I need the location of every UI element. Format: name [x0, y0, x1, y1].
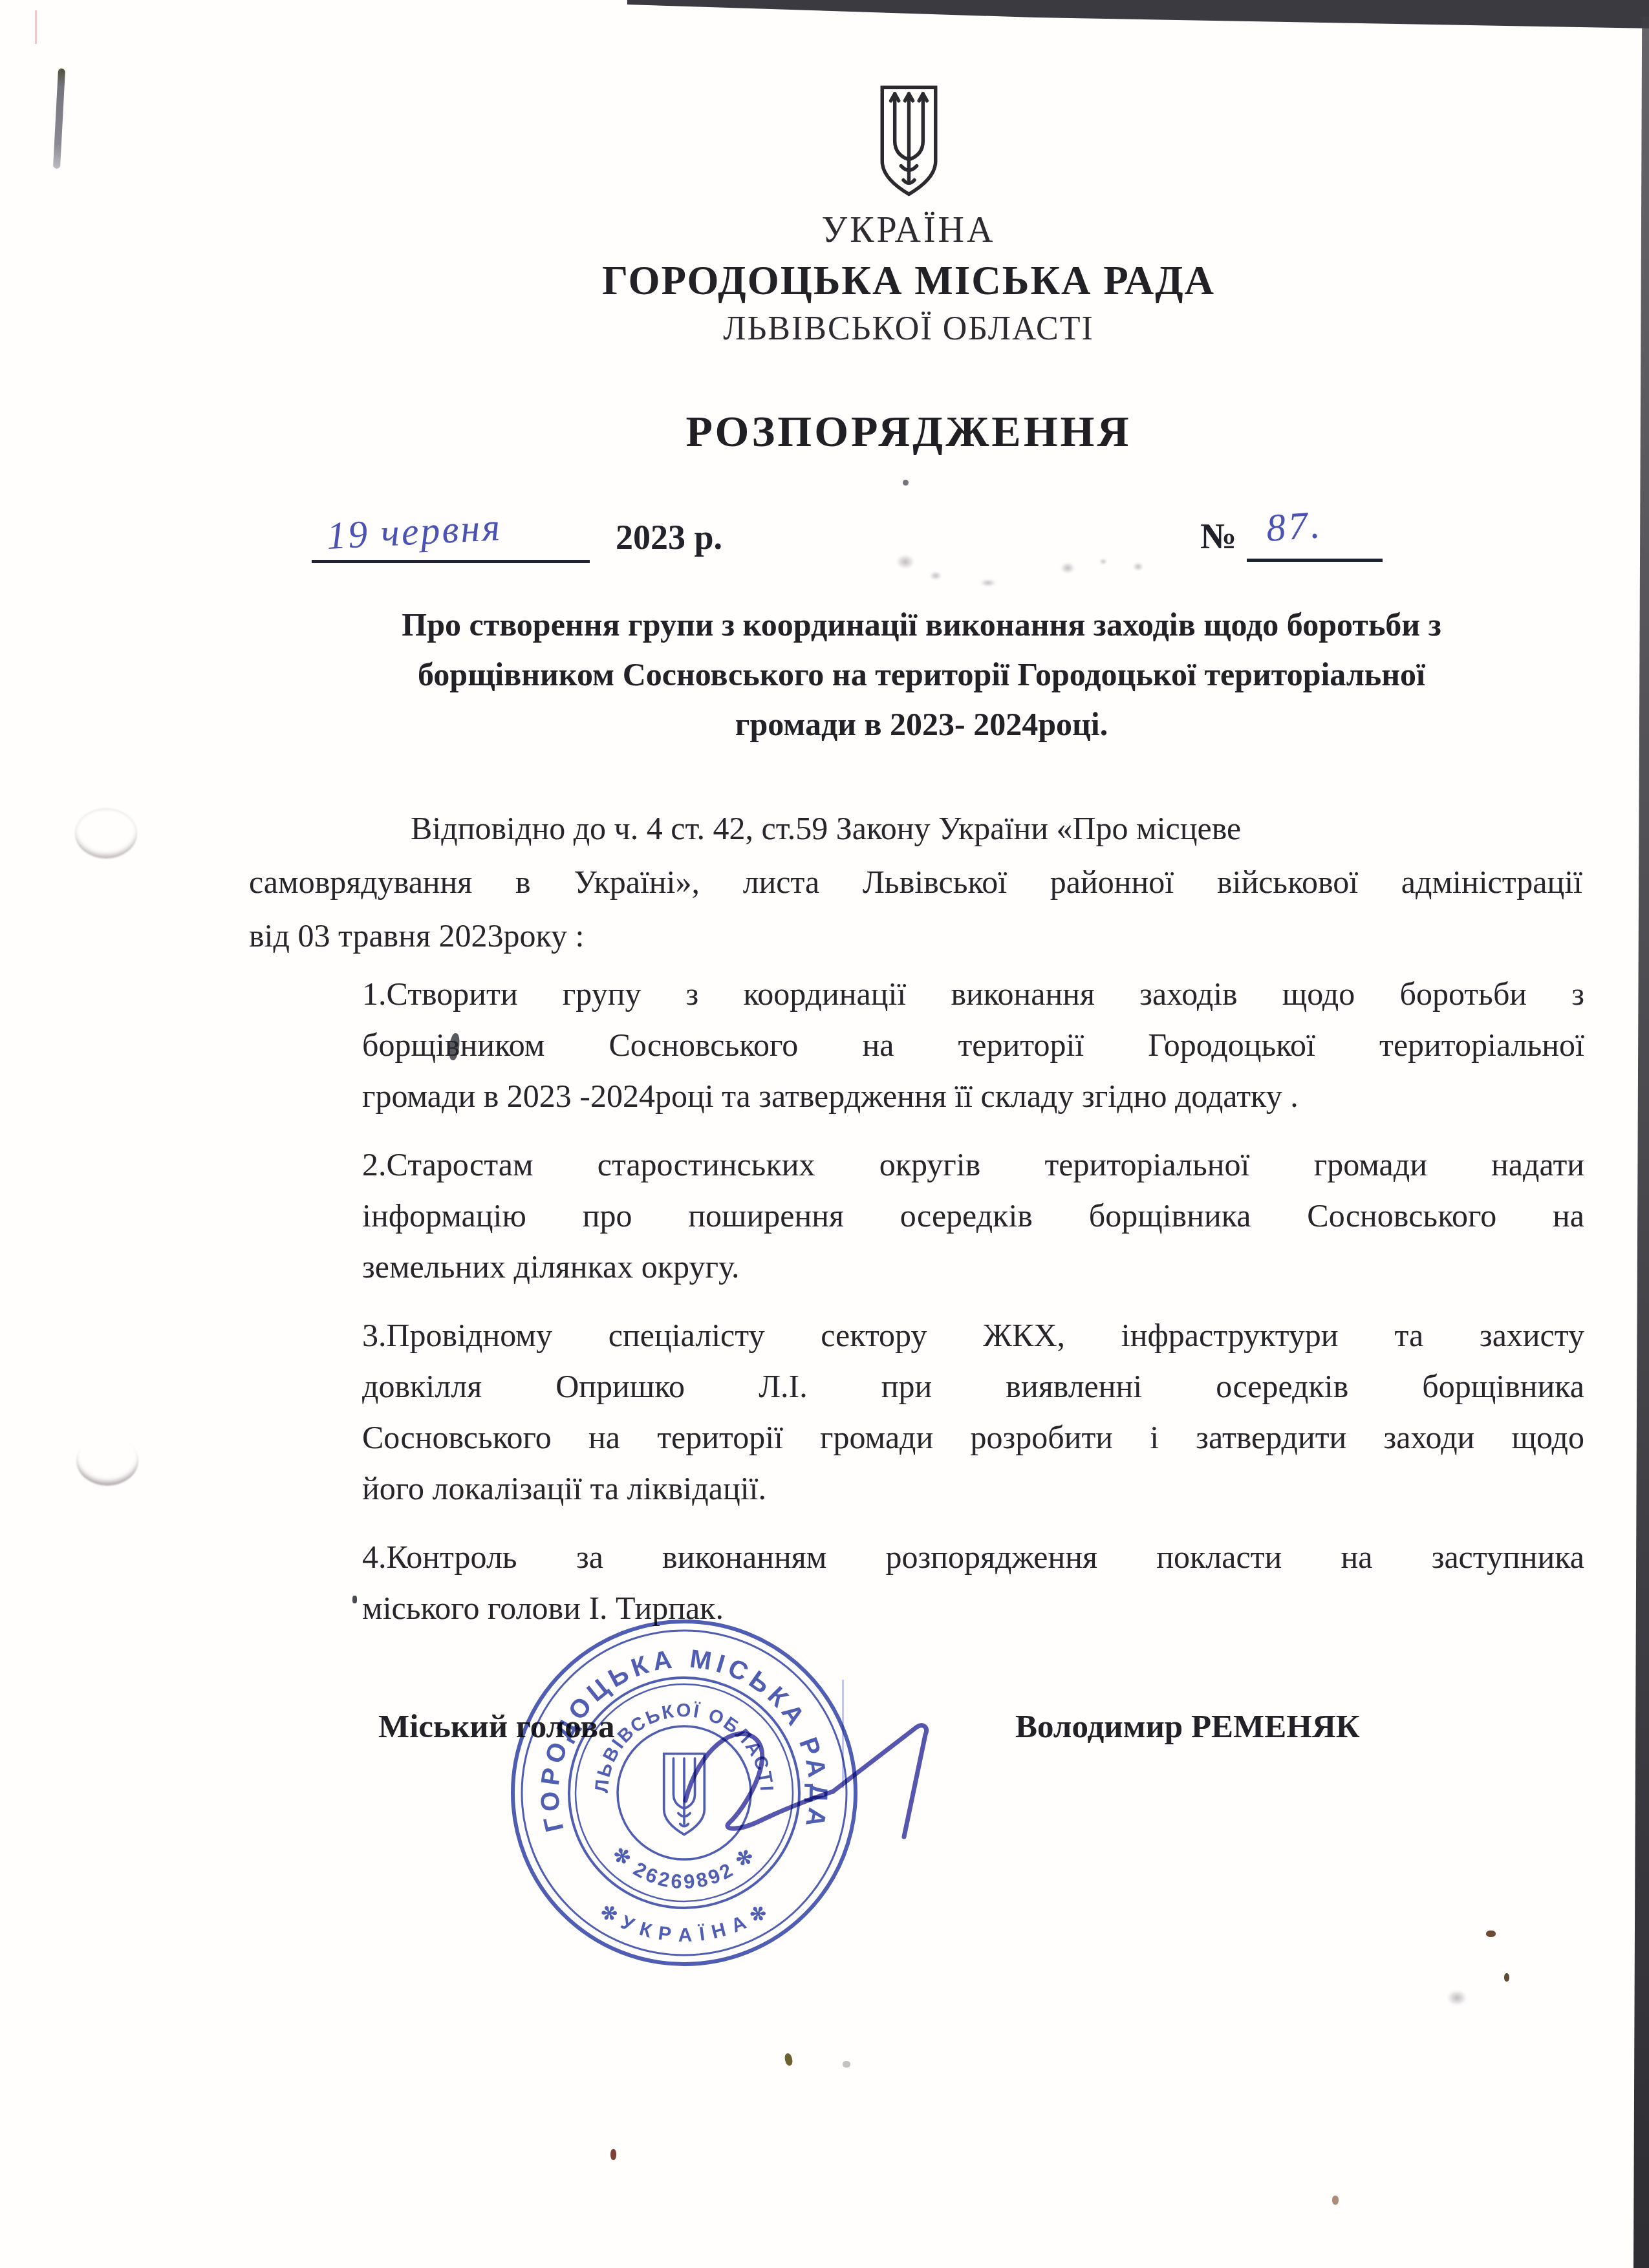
subject-paragraph: Про створення групи з координації викона…: [252, 600, 1591, 749]
scan-speck: [610, 2149, 616, 2160]
punch-hole-shadow: [75, 808, 137, 859]
handwritten-signature: [660, 1665, 957, 1859]
eraser-smudge: [930, 572, 942, 580]
scan-artifact-line: [35, 10, 37, 44]
subject-line: громади в 2023- 2024році.: [252, 700, 1591, 749]
scanner-shadow-top: [0, 0, 1649, 30]
subject-line: Про створення групи з координації викона…: [252, 600, 1591, 650]
directive-line: борщівником Сосновського на території Го…: [362, 1020, 1584, 1071]
directive-line: Сосновського на території громади розроб…: [362, 1412, 1584, 1463]
scan-speck: [1486, 1931, 1496, 1937]
scan-speck: [784, 2053, 793, 2066]
eraser-smudge: [1133, 562, 1143, 571]
scan-speck: [903, 480, 909, 486]
country-name: УКРАЇНА: [168, 209, 1649, 251]
scan-speck: [1447, 1990, 1467, 2006]
directive-line: інформацію про поширення осередків борщі…: [362, 1190, 1584, 1241]
council-name: ГОРОДОЦЬКА МІСЬКА РАДА: [168, 257, 1649, 305]
directive-item-2: 2.Старостам старостинських округів терит…: [362, 1139, 1584, 1292]
date-underline: [312, 560, 590, 563]
scan-speck: [1504, 1973, 1509, 1982]
number-sign: №: [1200, 516, 1236, 557]
eraser-smudge: [896, 555, 914, 569]
ukraine-trident-emblem: [869, 83, 949, 200]
scan-speck: [352, 1596, 357, 1603]
eraser-smudge: [1099, 559, 1107, 564]
directive-line: його локалізації та ліквідації.: [362, 1463, 1584, 1514]
directive-line: 3.Провідному спеціалісту сектору ЖКХ, ін…: [362, 1310, 1584, 1361]
eraser-smudge: [1061, 562, 1075, 573]
signer-name: Володимир РЕМЕНЯК: [1015, 1708, 1360, 1746]
scan-speck: [1332, 2196, 1339, 2205]
directive-line: 1.Створити групу з координації виконання…: [362, 968, 1584, 1020]
subject-line: борщівником Сосновського на території Го…: [252, 650, 1591, 700]
letterhead: УКРАЇНА ГОРОДОЦЬКА МІСЬКА РАДА ЛЬВІВСЬКО…: [168, 83, 1649, 348]
number-underline: [1247, 559, 1383, 562]
directive-line: 4.Контроль за виконанням розпорядження п…: [362, 1532, 1584, 1583]
directive-line: довкілля Опришко Л.І. при виявленні осер…: [362, 1361, 1584, 1412]
stray-pen-mark: [53, 69, 65, 169]
directive-item-1: 1.Створити групу з координації виконання…: [362, 968, 1584, 1122]
printed-year: 2023 р.: [616, 517, 722, 557]
preamble-paragraph: Відповідно до ч. 4 ст. 42, ст.59 Закону …: [249, 802, 1582, 963]
directive-item-3: 3.Провідному спеціалісту сектору ЖКХ, ін…: [362, 1310, 1584, 1514]
region-name: ЛЬВІВСЬКОЇ ОБЛАСТІ: [168, 310, 1649, 348]
directives-list: 1.Створити групу з координації виконання…: [362, 968, 1584, 1651]
directive-line: земельних ділянках округу.: [362, 1241, 1584, 1292]
directive-line: 2.Старостам старостинських округів терит…: [362, 1139, 1584, 1190]
scanner-shadow-right-edge: [1633, 17, 1649, 2268]
eraser-smudge: [980, 579, 996, 586]
directive-line: громади в 2023 -2024році та затвердження…: [362, 1071, 1584, 1122]
scanned-decree-document: УКРАЇНА ГОРОДОЦЬКА МІСЬКА РАДА ЛЬВІВСЬКО…: [0, 0, 1649, 2268]
preamble-line: від 03 травня 2023року :: [249, 909, 1582, 963]
punch-hole-shadow: [76, 1435, 138, 1486]
handwritten-number: 87.: [1265, 502, 1324, 551]
handwritten-date: 19 червня: [325, 505, 502, 559]
document-type-title: РОЗПОРЯДЖЕННЯ: [168, 406, 1649, 457]
preamble-line: Відповідно до ч. 4 ст. 42, ст.59 Закону …: [249, 802, 1582, 855]
scan-speck: [843, 2061, 850, 2068]
preamble-line: самоврядування в Україні», листа Львівсь…: [249, 855, 1582, 909]
